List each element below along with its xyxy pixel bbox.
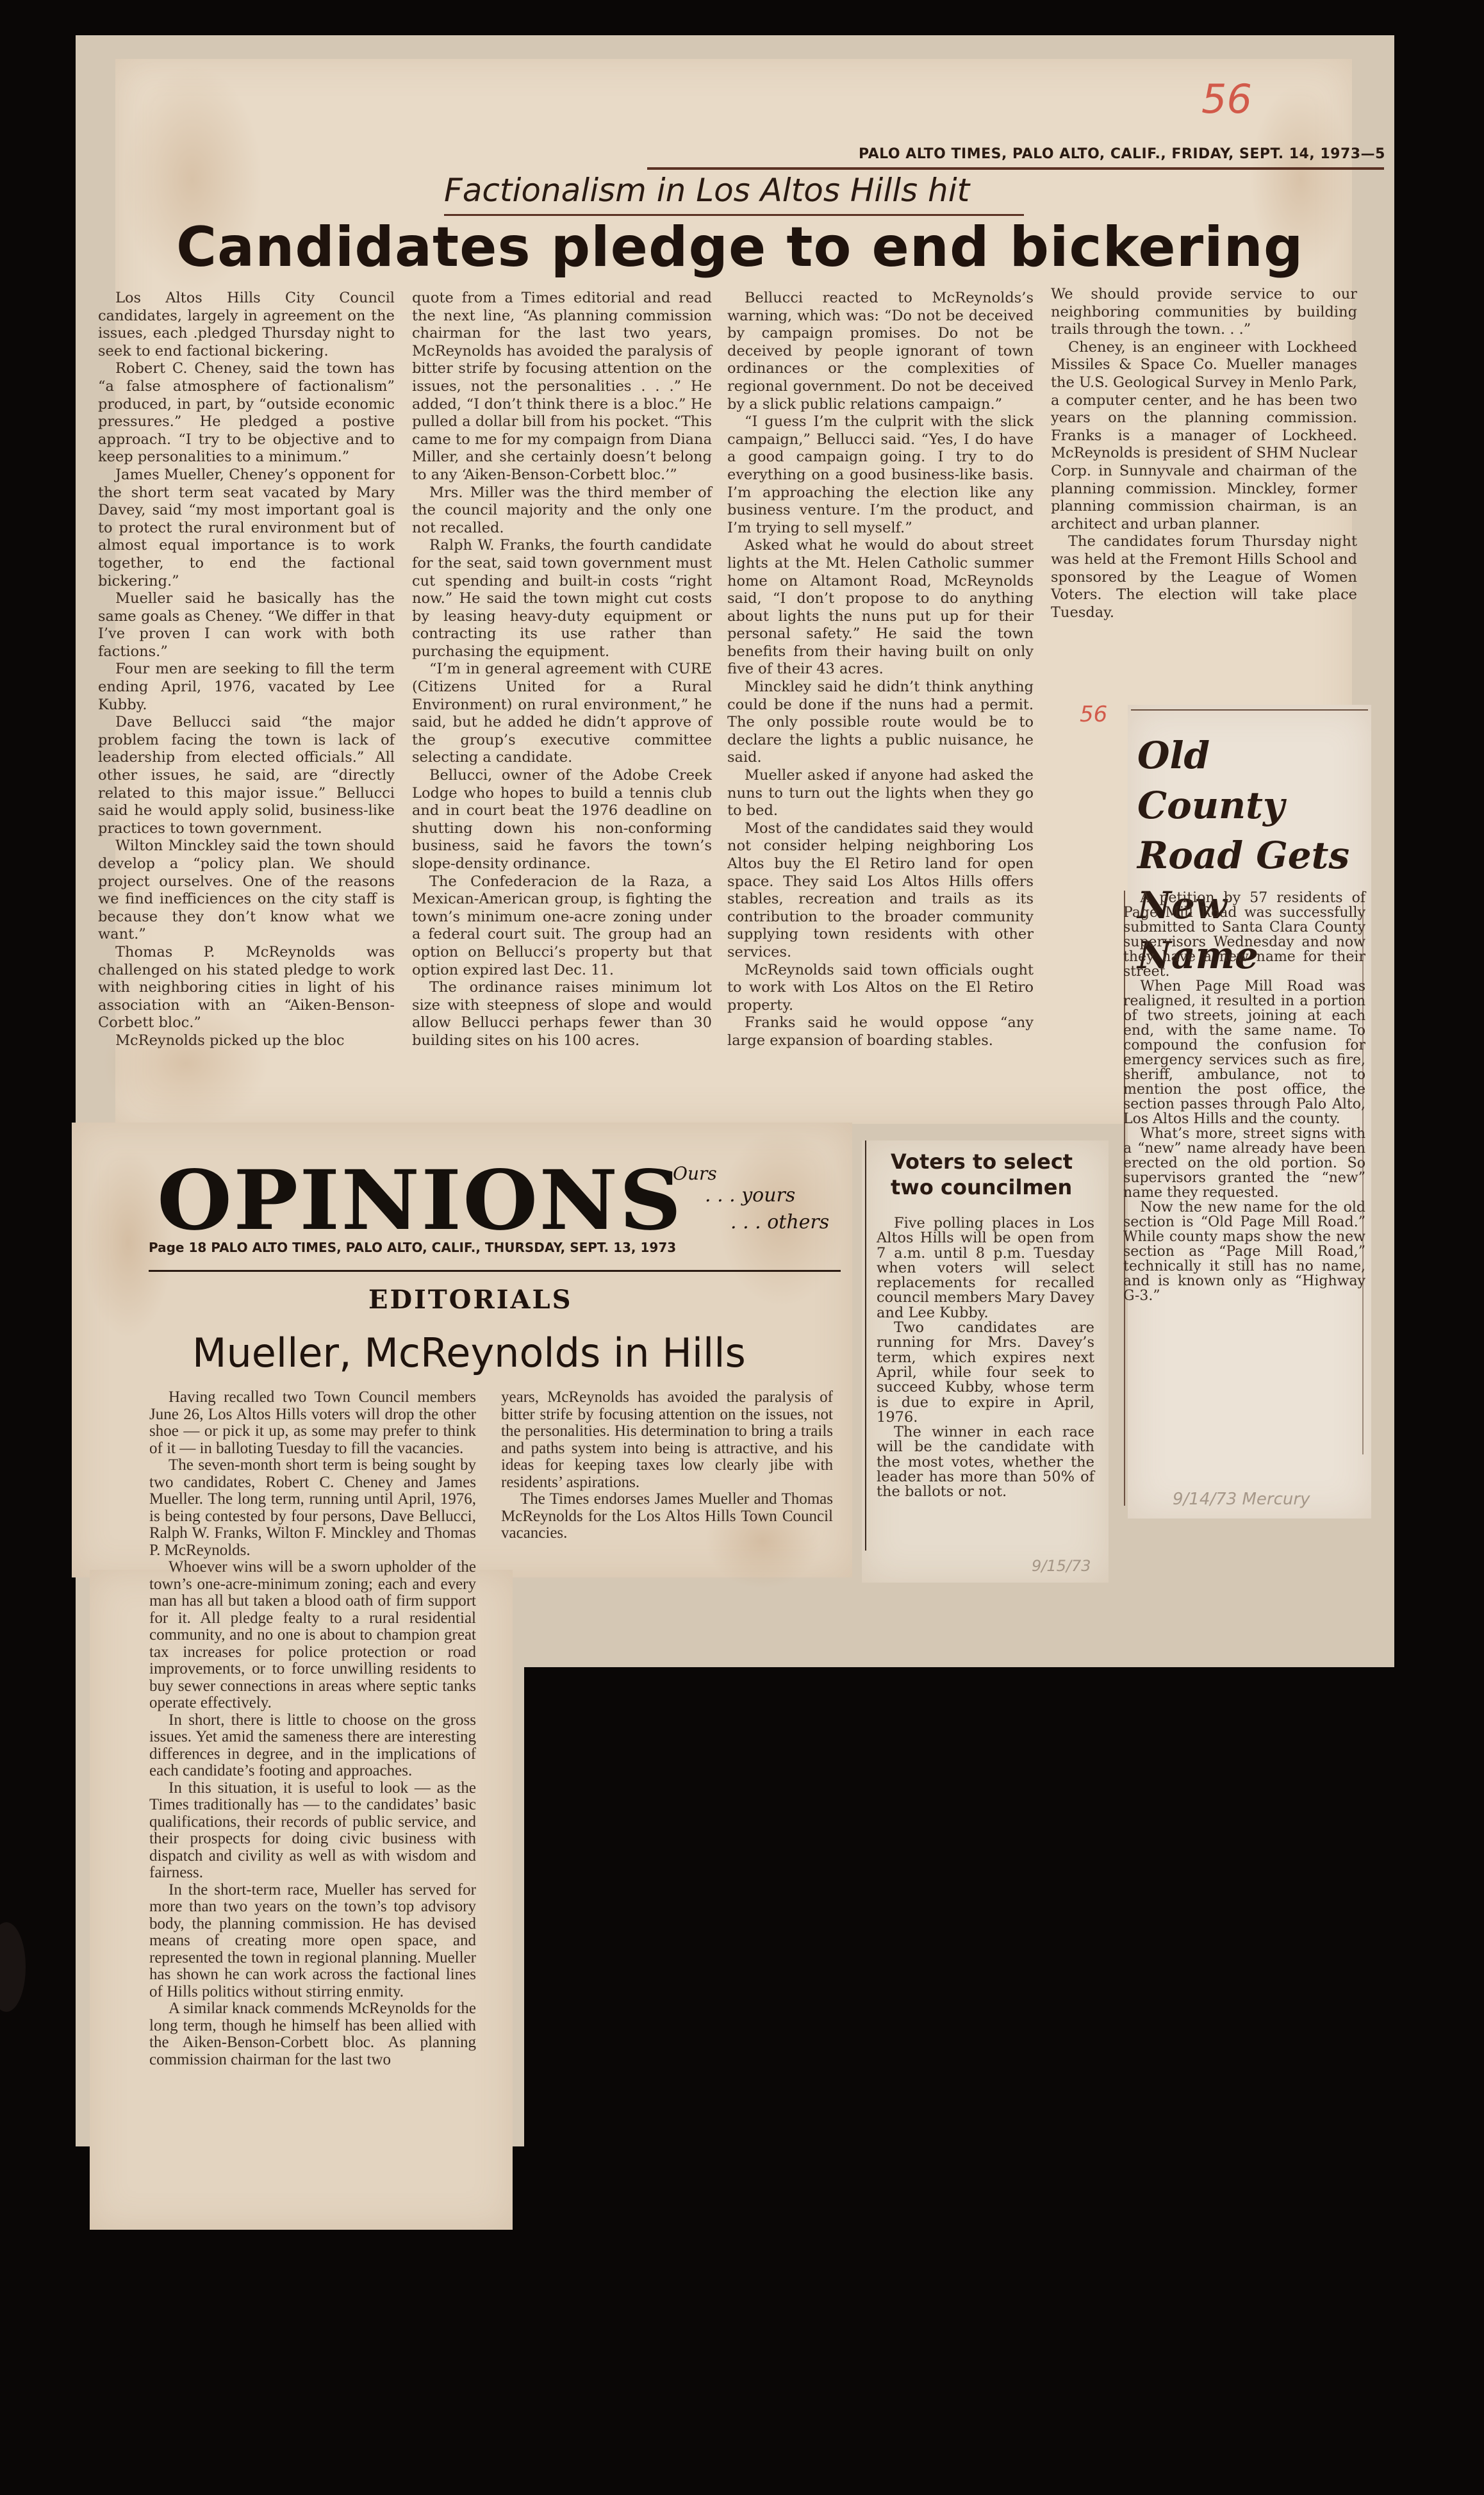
voters-headline: Voters to select two councilmen: [891, 1149, 1102, 1200]
paragraph: Cheney, is an engineer with Lockheed Mis…: [1051, 339, 1357, 534]
paragraph: Five polling places in Los Altos Hills w…: [877, 1216, 1094, 1321]
headline-line: Old County: [1137, 730, 1355, 830]
old-county-body: A petition by 57 residents of Page Mill …: [1123, 891, 1365, 1303]
paragraph: Wilton Minckley said the town should dev…: [98, 837, 395, 944]
pencil-annotation: 9/15/73: [1032, 1557, 1091, 1575]
article-column-3: Bellucci reacted to McReynolds’s warning…: [727, 290, 1034, 1050]
paragraph: McReynolds picked up the bloc: [98, 1032, 395, 1050]
paragraph: Two candidates are running for Mrs. Dave…: [877, 1321, 1094, 1425]
paragraph: A similar knack commends McReynolds for …: [149, 2000, 476, 2068]
paragraph: In the short-term race, Mueller has serv…: [149, 1882, 476, 2001]
paragraph: Bellucci, owner of the Adobe Creek Lodge…: [412, 767, 712, 873]
paragraph: In short, there is little to choose on t…: [149, 1712, 476, 1780]
paragraph: Asked what he would do about street ligh…: [727, 537, 1034, 679]
editorial-left-column: Having recalled two Town Council members…: [149, 1389, 476, 2068]
editorials-section-label: EDITORIALS: [368, 1285, 573, 1315]
article-column-4: We should provide service to our neighbo…: [1051, 286, 1357, 622]
box-top-rule: [1131, 709, 1368, 711]
paragraph: The Confederacion de la Raza, a Mexican-…: [412, 873, 712, 980]
masthead-rule: [647, 167, 1384, 170]
paragraph: The candidates forum Thursday night was …: [1051, 533, 1357, 622]
paragraph: The winner in each race will be the cand…: [877, 1425, 1094, 1499]
pencil-annotation: 9/14/73 Mercury: [1173, 1490, 1310, 1509]
paragraph: In this situation, it is useful to look …: [149, 1780, 476, 1882]
paragraph: Now the new name for the old section is …: [1123, 1200, 1365, 1303]
editorial-headline: Mueller, McReynolds in Hills: [192, 1330, 746, 1376]
paragraph: Mueller asked if anyone had asked the nu…: [727, 767, 1034, 820]
article-headline: Candidates pledge to end bickering: [176, 215, 1303, 279]
opinions-rule: [149, 1270, 841, 1272]
paragraph: quote from a Times editorial and read th…: [412, 290, 712, 484]
paragraph: Mrs. Miller was the third member of the …: [412, 484, 712, 538]
opinions-title: OPINIONS: [157, 1160, 683, 1242]
paragraph: McReynolds said town officials ought to …: [727, 962, 1034, 1015]
paragraph: Bellucci reacted to McReynolds’s warning…: [727, 290, 1034, 413]
opinions-dateline: Page 18 PALO ALTO TIMES, PALO ALTO, CALI…: [149, 1240, 676, 1255]
paragraph: Franks said he would oppose “any large e…: [727, 1014, 1034, 1050]
paragraph: The Times endorses James Mueller and Tho…: [501, 1491, 833, 1542]
paragraph: The ordinance raises minimum lot size wi…: [412, 979, 712, 1050]
paragraph: Dave Bellucci said “the major problem fa…: [98, 714, 395, 837]
tagline-ours: Ours: [673, 1163, 717, 1184]
handwritten-page-number: 56: [1201, 76, 1252, 122]
voters-body: Five polling places in Los Altos Hills w…: [877, 1216, 1094, 1500]
paragraph: Thomas P. McReynolds was challenged on h…: [98, 944, 395, 1032]
article-kicker: Factionalism in Los Altos Hills hit: [444, 172, 969, 209]
paragraph: A petition by 57 residents of Page Mill …: [1123, 891, 1365, 979]
handwritten-page-number-small: 56: [1080, 702, 1107, 727]
article-column-2: quote from a Times editorial and read th…: [412, 290, 712, 1050]
paragraph: James Mueller, Cheney’s opponent for the…: [98, 466, 395, 590]
paragraph: Los Altos Hills City Council candidates,…: [98, 290, 395, 360]
paragraph: Whoever wins will be a sworn upholder of…: [149, 1559, 476, 1712]
paragraph: The seven-month short term is being soug…: [149, 1457, 476, 1559]
headline-line: Road Gets: [1137, 830, 1355, 880]
paragraph: What’s more, street signs with a “new” n…: [1123, 1126, 1365, 1200]
paragraph: Four men are seeking to fill the term en…: [98, 661, 395, 714]
binder-clip-shadow: [106, 2355, 144, 2495]
paragraph: Robert C. Cheney, said the town has “a f…: [98, 360, 395, 466]
paragraph: Ralph W. Franks, the fourth candidate fo…: [412, 537, 712, 661]
paragraph: “I guess I’m the culprit with the slick …: [727, 413, 1034, 537]
binder-ring: [0, 1922, 26, 2012]
editorial-right-column: years, McReynolds has avoided the paraly…: [501, 1389, 833, 1542]
paragraph: We should provide service to our neighbo…: [1051, 286, 1357, 339]
paragraph: When Page Mill Road was realigned, it re…: [1123, 979, 1365, 1126]
tagline-others: . . . others: [730, 1211, 829, 1233]
paragraph: “I’m in general agreement with CURE (Cit…: [412, 661, 712, 767]
paragraph: years, McReynolds has avoided the paraly…: [501, 1389, 833, 1491]
tagline-yours: . . . yours: [705, 1184, 795, 1206]
article-column-1: Los Altos Hills City Council candidates,…: [98, 290, 395, 1050]
masthead-dateline: PALO ALTO TIMES, PALO ALTO, CALIF., FRID…: [859, 146, 1385, 162]
paragraph: Having recalled two Town Council members…: [149, 1389, 476, 1457]
paragraph: Minckley said he didn’t think anything c…: [727, 679, 1034, 767]
box-left-rule: [865, 1140, 866, 1551]
paragraph: Mueller said he basically has the same g…: [98, 590, 395, 661]
paragraph: Most of the candidates said they would n…: [727, 820, 1034, 962]
